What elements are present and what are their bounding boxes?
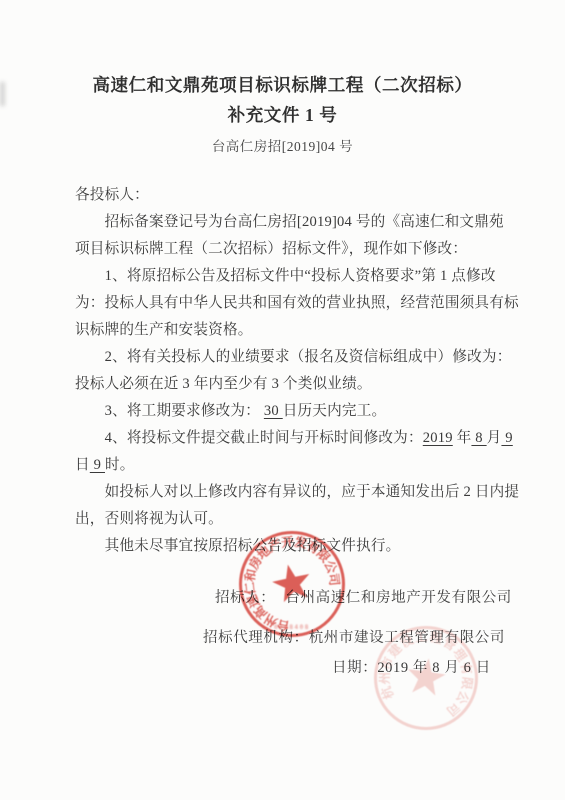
body-line: 2、将有关投标人的业绩要求（报名及资信标组成中）修改为： [75,344,485,371]
body-line: 4、将投标文件提交截止时间与开标时间修改为：2019 年 8 月 9 [75,425,485,452]
body-line: 项目标识标牌工程（二次招标）招标文件》，现作如下修改： [75,236,485,263]
doc-title-line2: 补充文件 1 号 [0,102,565,127]
doc-number: 台高仁房招[2019]04 号 [0,135,565,155]
body-line: 为：投标人具有中华人民共和国有效的营业执照，经营范围须具有标 [75,290,485,317]
seal-serial: 0108408 [239,624,345,631]
body-line: 招标备案登记号为台高仁房招[2019]04 号的《高速仁和文鼎苑 [75,209,485,236]
body-line: 3、将工期要求修改为： 30 日历天内完工。 [75,398,485,425]
body-line: 如投标人对以上修改内容有异议的，应于本通知发出后 2 日内提 [75,479,485,506]
body-line: 识标牌的生产和安装资格。 [75,317,485,344]
body-line: 各投标人： [75,182,485,209]
body-line: 日 9 时。 [75,452,485,479]
body-line: 1、将原招标公告及招标文件中“投标人资格要求”第 1 点修改 [75,263,485,290]
star-icon [265,557,320,612]
star-icon [400,652,452,704]
body-line: 投标人必须在近 3 年内至少有 3 个类似业绩。 [75,371,485,398]
document-page: 高速仁和文鼎苑项目标识标牌工程（二次招标） 补充文件 1 号 台高仁房招[201… [0,0,565,800]
agency-company-seal: 杭州市建设工程管理有限公司 [374,626,478,730]
document-body: 各投标人： 招标备案登记号为台高仁房招[2019]04 号的《高速仁和文鼎苑项目… [75,182,485,560]
doc-title-line1: 高速仁和文鼎苑项目标识标牌工程（二次招标） [0,72,565,97]
bidder-company-seal: 台州高速仁和房地产开发有限公司0108408 [239,531,345,637]
